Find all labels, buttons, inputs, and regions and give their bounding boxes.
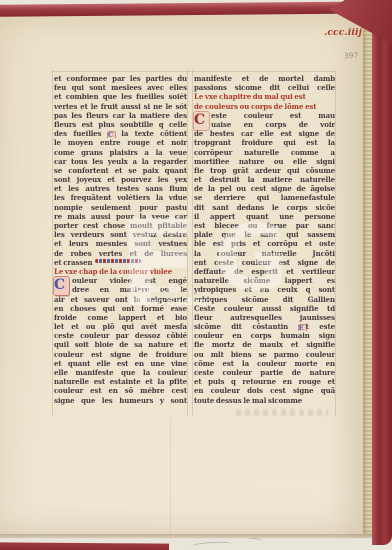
text-segment: uaise en corps de voir xyxy=(211,120,335,129)
text-segment: et puis q retourne en rouge et xyxy=(194,377,335,386)
text-segment: car tous les yeulx a la regarder xyxy=(54,157,187,166)
text-line: naturelle est estainte et la pfite xyxy=(54,377,187,386)
text-line: et destruit la matiere naturelle xyxy=(194,175,335,184)
text-line: erbiques sicõme dit Gallien xyxy=(194,295,335,304)
text-line: fleur autresquelles jaunisses xyxy=(194,313,335,322)
text-segment: plaie que le sanc qui sassem xyxy=(194,230,335,239)
text-segment: let et ou plõ qui avét mesfa xyxy=(54,322,187,331)
text-segment: il appert quant une persone xyxy=(194,212,335,221)
text-segment: cõme est la couleur morte en xyxy=(194,359,335,368)
text-line: et quant elle est en une vine xyxy=(54,359,187,368)
text-line: uaise en corps de voir xyxy=(194,120,335,129)
text-segment: fleur autresquelles jaunisses xyxy=(194,313,335,322)
text-line: Couleur violee est engé xyxy=(54,276,187,285)
ruling-line-left-col-left xyxy=(52,70,53,416)
text-line: passions sicome dit cellui celle xyxy=(194,83,335,92)
text-segment: corrõpeur naturelle comme a xyxy=(194,148,335,157)
text-line: et combien que les fueilles soiét xyxy=(54,92,187,101)
text-line: se derriere qui lamenefastule xyxy=(194,193,335,202)
text-segment: ceste couleur partie de nature xyxy=(194,368,335,377)
page-bottom-shadow xyxy=(0,534,372,539)
text-line: de la pel ou cest signe de ãgoise xyxy=(194,184,335,193)
text-line: et crassen xyxy=(54,258,187,267)
text-line: ceste couleur par dessoz cõbié xyxy=(54,331,187,340)
text-segment: et crassen xyxy=(54,258,92,267)
text-line: ydropiques et en ceulx q sont xyxy=(194,285,335,294)
text-line: ble est pris et corrõpu et oste xyxy=(194,239,335,248)
text-segment: tropgrant froidure qui est la xyxy=(194,138,335,147)
rubric-line: Le vxe chap de la couleur violee xyxy=(54,267,187,276)
text-segment: Ceste couleur aussi signifie td xyxy=(194,304,335,313)
text-line: est blecee ou ferue par sanc xyxy=(194,221,335,230)
text-segment: et conformee par les parties du xyxy=(54,74,187,83)
text-segment: de bestes car elle est signe de xyxy=(194,129,335,138)
text-segment: nompie seulement pour pastu xyxy=(54,203,187,212)
text-line: mortifiee nature ou elle signi xyxy=(194,157,335,166)
text-line: pas les fleurs car la matiere des xyxy=(54,111,187,120)
text-segment: ble est pris et corrõpu et oste xyxy=(194,239,335,248)
text-line: come grans plaisirs a la veue xyxy=(54,148,187,157)
cover-bottom-left-edge xyxy=(0,542,169,550)
text-line: corrõpeur naturelle comme a xyxy=(194,148,335,157)
text-showthrough xyxy=(236,409,328,416)
text-line: de bestes car elle est signe de xyxy=(194,129,335,138)
text-line: dree en matiere ou le xyxy=(54,285,187,294)
text-segment: les verdeurs sont vestuz destre xyxy=(54,230,187,239)
text-line: fleurs est plus soubtille q celle xyxy=(54,120,187,129)
text-line: sicõme dit cõstantin Et este xyxy=(194,322,335,331)
text-segment: este couleur est mau xyxy=(211,111,335,120)
text-segment: Le vxe chap de la couleur violee xyxy=(54,267,172,276)
text-line: feu qui sont meslees avec elles xyxy=(54,83,187,92)
text-segment: est blecee ou ferue par sanc xyxy=(194,221,335,230)
text-segment: se confortent et se paix quant xyxy=(54,166,187,175)
text-segment: ou mlt biens se parmo couleur xyxy=(194,350,335,359)
text-segment: fie mortz de maulx et signifie xyxy=(194,340,335,349)
text-segment: de robes vertes et de liurees xyxy=(54,249,187,258)
text-segment: vertes et le fruit aussi si ne le sót xyxy=(54,102,187,111)
text-line: elle manifeste que la couleur xyxy=(54,368,187,377)
text-segment: elle manifeste que la couleur xyxy=(54,368,187,377)
ruling-line-right-col-right xyxy=(335,70,336,416)
text-segment: air et saveur ont la seigneurie xyxy=(54,295,187,304)
text-line: tropgrant froidure qui est la xyxy=(194,138,335,147)
text-line: ou mlt biens se parmo couleur xyxy=(194,350,335,359)
text-segment: couleur en corps humain sign xyxy=(194,331,335,340)
text-segment: les frequãtent volétiers la vdue xyxy=(54,193,187,202)
text-line: et les autres testes sans fium xyxy=(54,184,187,193)
text-segment: se derriere qui lamenefastule xyxy=(194,193,335,202)
text-line: se confortent et se paix quant xyxy=(54,166,187,175)
text-line: en couleur dois cest signe quã xyxy=(194,386,335,395)
rubric-line: Le vxe chapitre du mal qui est xyxy=(194,92,335,101)
text-line: naturelle sicõme lappert es xyxy=(194,276,335,285)
text-line: dit sant dedans le corps sicõe xyxy=(194,203,335,212)
text-line: manifeste et de mortel damb xyxy=(194,74,335,83)
text-line: en choses qui ont formé esse xyxy=(54,304,187,313)
text-segment: quil soit bloie de sa nature et xyxy=(54,340,187,349)
text-line: porter cest chose moult pfitable xyxy=(54,221,187,230)
text-line: nompie seulement pour pastu xyxy=(54,203,187,212)
rubric-line: de couleurs ou corps de lõme est xyxy=(194,102,335,111)
text-segment: la texte cõtient xyxy=(115,129,187,138)
text-segment: en couleur dois cest signe quã xyxy=(194,386,335,395)
text-segment: naturelle sicõme lappert es xyxy=(194,276,335,285)
text-line: couleur est en sõ mébre cest xyxy=(54,386,187,395)
text-segment: toute dessus le mal sicomme xyxy=(194,396,302,405)
line-filler-ornament xyxy=(95,259,141,263)
text-segment: et destruit la matiere naturelle xyxy=(194,175,335,184)
pencil-foliation: 397 xyxy=(344,51,359,61)
text-segment: des fueilles xyxy=(54,129,108,138)
text-segment: ouleur violee est engé xyxy=(72,276,187,285)
text-segment: couleur est signe de froidure xyxy=(54,350,187,359)
text-line: le moyen entre rouge et noir xyxy=(54,138,187,147)
text-line: fie mortz de maulx et signifie xyxy=(194,340,335,349)
text-line: toute dessus le mal sicomme xyxy=(194,396,335,405)
illuminated-initial: C xyxy=(194,112,209,130)
text-segment: manifeste et de mortel damb xyxy=(194,74,335,83)
text-line: des fueilles C la texte cõtient xyxy=(54,129,187,138)
text-line: et puis q retourne en rouge et xyxy=(194,377,335,386)
text-segment: t este xyxy=(306,322,335,331)
text-segment: froide come lappert et bio xyxy=(54,313,187,322)
text-line: re mais aussi pour la veue car xyxy=(54,212,187,221)
manuscript-photo: { "folio": { "main": ".ccc.iiij", "sup":… xyxy=(0,0,392,550)
text-segment: fie trop grãt ardeur qui cõsume xyxy=(194,166,335,175)
text-line: signe que les humeurs y sont xyxy=(54,396,187,405)
text-line: sont joyeux et pourvez les yex xyxy=(54,175,187,184)
text-line: et leurs mesnies sont vestues xyxy=(54,239,187,248)
text-segment: de la pel ou cest signe de ãgoise xyxy=(194,184,335,193)
text-line: car tous les yeulx a la regarder xyxy=(54,157,187,166)
text-segment: passions sicome dit cellui celle xyxy=(194,83,335,92)
text-segment: fleurs est plus soubtille q celle xyxy=(54,120,187,129)
text-segment: et combien que les fueilles soiét xyxy=(54,92,187,101)
text-segment: ydropiques et en ceulx q sont xyxy=(194,285,335,294)
ruling-line-right-col-left xyxy=(192,70,193,416)
text-segment: pas les fleurs car la matiere des xyxy=(54,111,187,120)
text-segment: sont joyeux et pourvez les yex xyxy=(54,175,187,184)
text-line: les verdeurs sont vestuz destre xyxy=(54,230,187,239)
text-segment: la couleur naturelle Jncõti xyxy=(194,249,335,258)
text-segment: signe que les humeurs y sont xyxy=(54,396,187,405)
text-line: Ceste couleur est mau xyxy=(194,111,335,120)
text-line: couleur en corps humain sign xyxy=(194,331,335,340)
text-segment: et les autres testes sans fium xyxy=(54,184,187,193)
text-line: couleur est signe de froidure xyxy=(54,350,187,359)
text-line: air et saveur ont la seigneurie xyxy=(54,295,187,304)
text-segment: erbiques sicõme dit Gallien xyxy=(194,295,335,304)
text-line: vertes et le fruit aussi si ne le sót xyxy=(54,102,187,111)
parchment-crease xyxy=(170,418,171,534)
pencil-scribble xyxy=(190,541,232,550)
text-line: fie trop grãt ardeur qui cõsume xyxy=(194,166,335,175)
text-line: deffaute de esperit et vertileur xyxy=(194,267,335,276)
folio-main: .ccc.iiij xyxy=(324,28,362,38)
text-segment: naturelle est estainte et la pfite xyxy=(54,377,187,386)
text-line: cõme est la couleur morte en xyxy=(194,359,335,368)
text-column-left: et conformee par les parties dufeu qui s… xyxy=(54,74,187,405)
binding-right-edge xyxy=(372,0,392,545)
text-line: Ceste couleur aussi signifie td xyxy=(194,304,335,313)
text-line: les frequãtent volétiers la vdue xyxy=(54,193,187,202)
text-segment: en choses qui ont formé esse xyxy=(54,304,187,313)
text-segment: et leurs mesnies sont vestues xyxy=(54,239,187,248)
text-line: il appert quant une persone xyxy=(194,212,335,221)
ruling-line-left-col-right xyxy=(187,70,188,416)
text-line: froide come lappert et bio xyxy=(54,313,187,322)
text-segment: mortifiee nature ou elle signi xyxy=(194,157,335,166)
text-segment: ceste couleur par dessoz cõbié xyxy=(54,331,187,340)
text-segment: feu qui sont meslees avec elles xyxy=(54,83,187,92)
text-line: la couleur naturelle Jncõti xyxy=(194,249,335,258)
text-segment: couleur est en sõ mébre cest xyxy=(54,386,187,395)
text-segment: le moyen entre rouge et noir xyxy=(54,138,187,147)
text-segment: de couleurs ou corps de lõme est xyxy=(194,102,316,111)
text-column-right: manifeste et de mortel dambpassions sico… xyxy=(194,74,335,405)
ruling-line-top xyxy=(52,71,335,72)
text-segment: deffaute de esperit et vertileur xyxy=(194,267,335,276)
text-line: plaie que le sanc qui sassem xyxy=(194,230,335,239)
text-segment: ent ceste couleur est signe de xyxy=(194,258,335,267)
text-segment: porter cest chose moult pfitable xyxy=(54,221,187,230)
text-line: quil soit bloie de sa nature et xyxy=(54,340,187,349)
text-line: ceste couleur partie de nature xyxy=(194,368,335,377)
text-line: let et ou plõ qui avét mesfa xyxy=(54,322,187,331)
text-segment: et quant elle est en une vine xyxy=(54,359,187,368)
text-line: et conformee par les parties du xyxy=(54,74,187,83)
text-segment: dit sant dedans le corps sicõe xyxy=(194,203,335,212)
text-segment: re mais aussi pour la veue car xyxy=(54,212,187,221)
text-segment: come grans plaisirs a la veue xyxy=(54,148,187,157)
illuminated-initial: C xyxy=(54,277,69,295)
text-segment: dree en matiere ou le xyxy=(72,285,187,294)
text-line: ent ceste couleur est signe de xyxy=(194,258,335,267)
text-segment: Le vxe chapitre du mal qui est xyxy=(194,92,306,101)
text-line: de robes vertes et de liurees xyxy=(54,249,187,258)
text-segment: sicõme dit cõstantin xyxy=(194,322,299,331)
